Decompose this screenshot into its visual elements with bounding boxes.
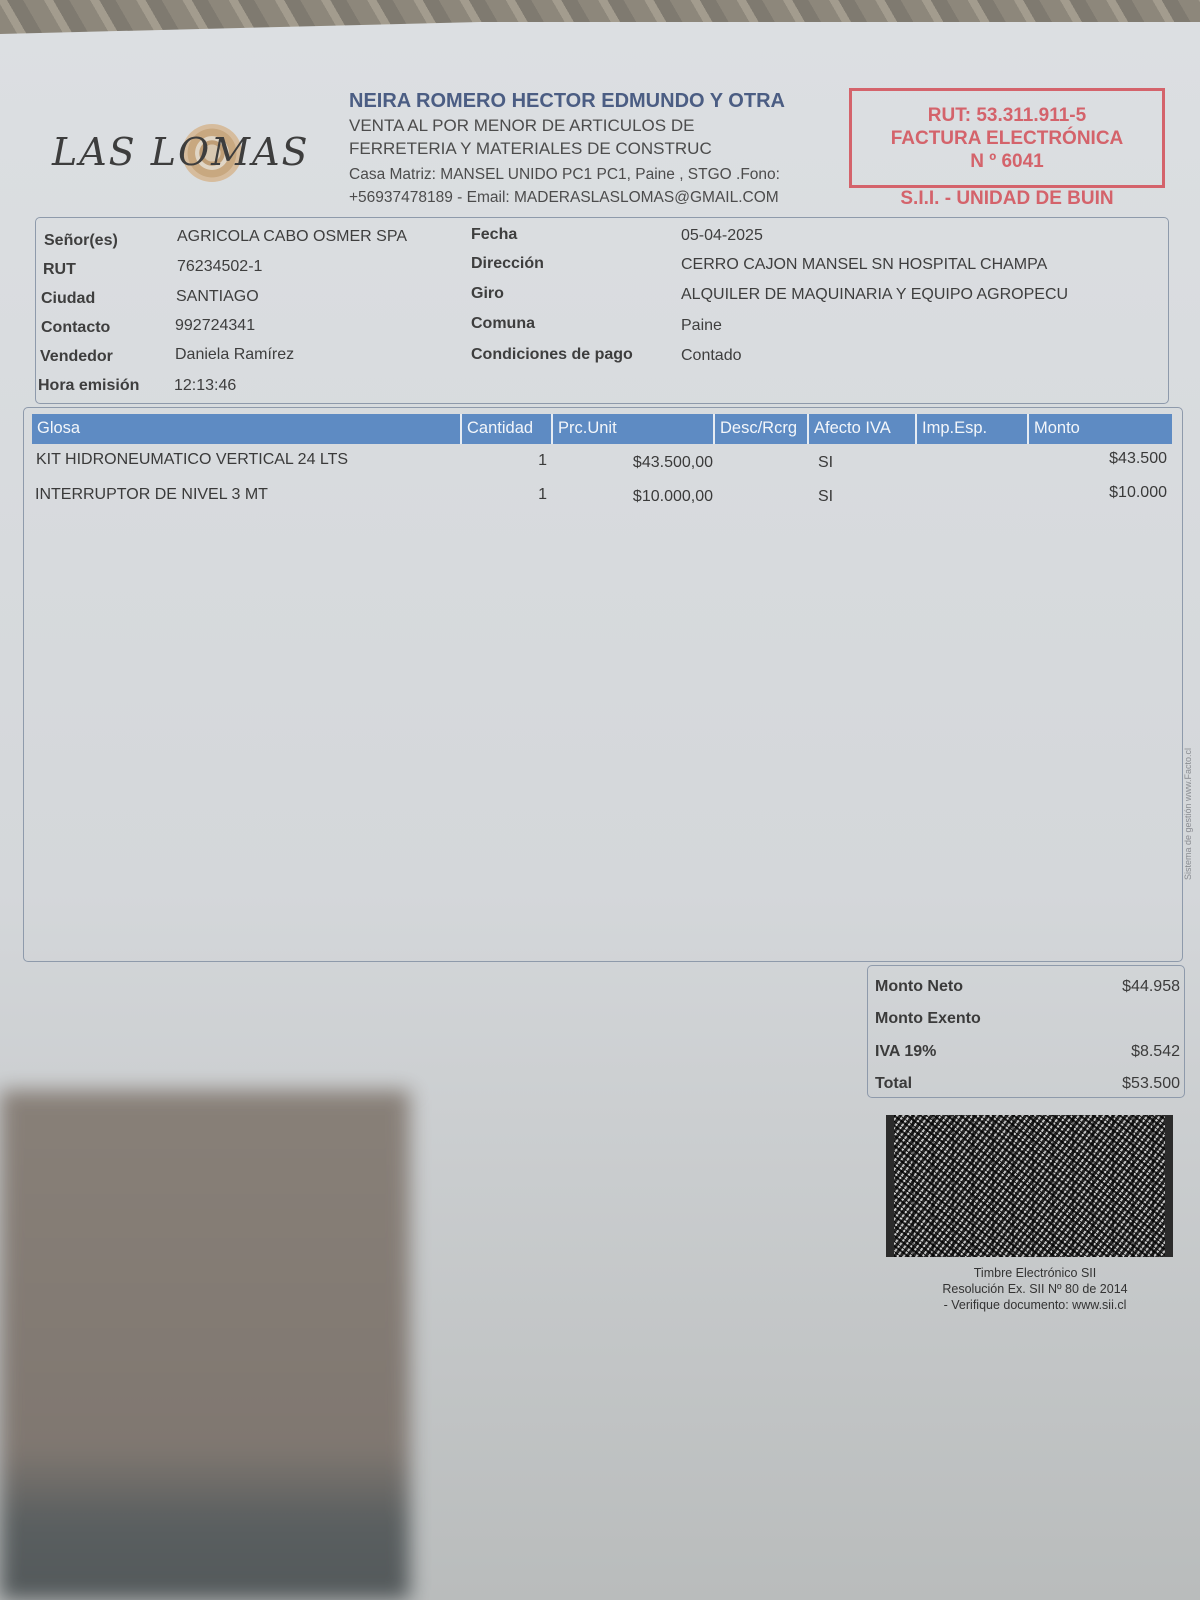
total-value: $44.958	[1122, 978, 1180, 996]
label-condiciones-pago: Condiciones de pago	[471, 346, 633, 364]
item-cantidad: 1	[500, 452, 547, 470]
issuer-address: Casa Matriz: MANSEL UNIDO PC1 PC1, Paine…	[349, 166, 780, 184]
col-afecto-iva: Afecto IVA	[809, 414, 917, 444]
label-senores: Señor(es)	[44, 232, 118, 250]
value-direccion: CERRO CAJON MANSEL SN HOSPITAL CHAMPA	[681, 256, 1047, 274]
item-glosa: INTERRUPTOR DE NIVEL 3 MT	[35, 486, 268, 504]
value-contacto: 992724341	[175, 317, 255, 335]
photo-shadow	[0, 1090, 410, 1600]
value-giro: ALQUILER DE MAQUINARIA Y EQUIPO AGROPECU	[681, 286, 1068, 304]
item-monto: $10.000	[1030, 484, 1167, 502]
label-hora-emision: Hora emisión	[38, 377, 139, 395]
item-afecto-iva: SI	[818, 488, 833, 506]
total-value: $8.542	[1131, 1043, 1180, 1061]
total-label: Monto Exento	[875, 1010, 981, 1028]
col-desc-rcrg: Desc/Rcrg	[715, 414, 809, 444]
item-prc-unit: $10.000,00	[580, 488, 713, 506]
total-label: Monto Neto	[875, 978, 963, 996]
issuer-name: NEIRA ROMERO HECTOR EDMUNDO Y OTRA	[349, 90, 785, 113]
item-prc-unit: $43.500,00	[580, 454, 713, 472]
value-rut: 76234502-1	[177, 258, 262, 276]
label-ciudad: Ciudad	[41, 290, 95, 308]
issuer-rut: RUT: 53.311.911-5	[852, 104, 1162, 127]
document-type: FACTURA ELECTRÓNICA	[852, 127, 1162, 150]
col-monto: Monto	[1029, 414, 1172, 444]
value-senores: AGRICOLA CABO OSMER SPA	[177, 228, 407, 246]
label-rut: RUT	[43, 261, 76, 279]
label-direccion: Dirección	[471, 255, 544, 273]
stamp-line-1: Timbre Electrónico SII	[900, 1266, 1170, 1280]
item-cantidad: 1	[500, 486, 547, 504]
value-fecha: 05-04-2025	[681, 227, 763, 245]
company-logo: LAS LOMAS	[52, 118, 342, 188]
value-comuna: Paine	[681, 317, 722, 335]
label-vendedor: Vendedor	[40, 348, 113, 366]
document-number: N º 6041	[852, 150, 1162, 173]
sii-office: S.I.I. - UNIDAD DE BUIN	[849, 188, 1165, 210]
col-imp-esp: Imp.Esp.	[917, 414, 1029, 444]
stamp-line-2: Resolución Ex. SII Nº 80 de 2014	[900, 1282, 1170, 1296]
pdf417-barcode-icon	[886, 1115, 1173, 1257]
label-contacto: Contacto	[41, 319, 110, 337]
item-monto: $43.500	[1030, 450, 1167, 468]
value-hora-emision: 12:13:46	[174, 377, 236, 395]
items-table-header: Glosa Cantidad Prc.Unit Desc/Rcrg Afecto…	[32, 414, 1172, 444]
label-comuna: Comuna	[471, 315, 535, 333]
logo-text: LAS LOMAS	[52, 130, 310, 174]
total-label: IVA 19%	[875, 1043, 936, 1061]
issuer-contact: +56937478189 - Email: MADERASLASLOMAS@GM…	[349, 189, 779, 207]
total-label: Total	[875, 1075, 912, 1093]
label-giro: Giro	[471, 285, 504, 303]
value-vendedor: Daniela Ramírez	[175, 346, 294, 364]
item-glosa: KIT HIDRONEUMATICO VERTICAL 24 LTS	[36, 451, 348, 469]
value-condiciones-pago: Contado	[681, 347, 742, 365]
col-cantidad: Cantidad	[462, 414, 553, 444]
stamp-line-3: - Verifique documento: www.sii.cl	[900, 1298, 1170, 1312]
col-glosa: Glosa	[32, 414, 462, 444]
item-afecto-iva: SI	[818, 454, 833, 472]
total-value: $53.500	[1122, 1075, 1180, 1093]
issuer-activity-2: FERRETERIA Y MATERIALES DE CONSTRUC	[349, 139, 712, 159]
issuer-activity-1: VENTA AL POR MENOR DE ARTICULOS DE	[349, 116, 694, 136]
software-note: Sistema de gestión www.Facto.cl	[1183, 748, 1193, 880]
value-ciudad: SANTIAGO	[176, 288, 259, 306]
label-fecha: Fecha	[471, 226, 517, 244]
document-id-box: RUT: 53.311.911-5 FACTURA ELECTRÓNICA N …	[849, 88, 1165, 188]
col-prc-unit: Prc.Unit	[553, 414, 715, 444]
